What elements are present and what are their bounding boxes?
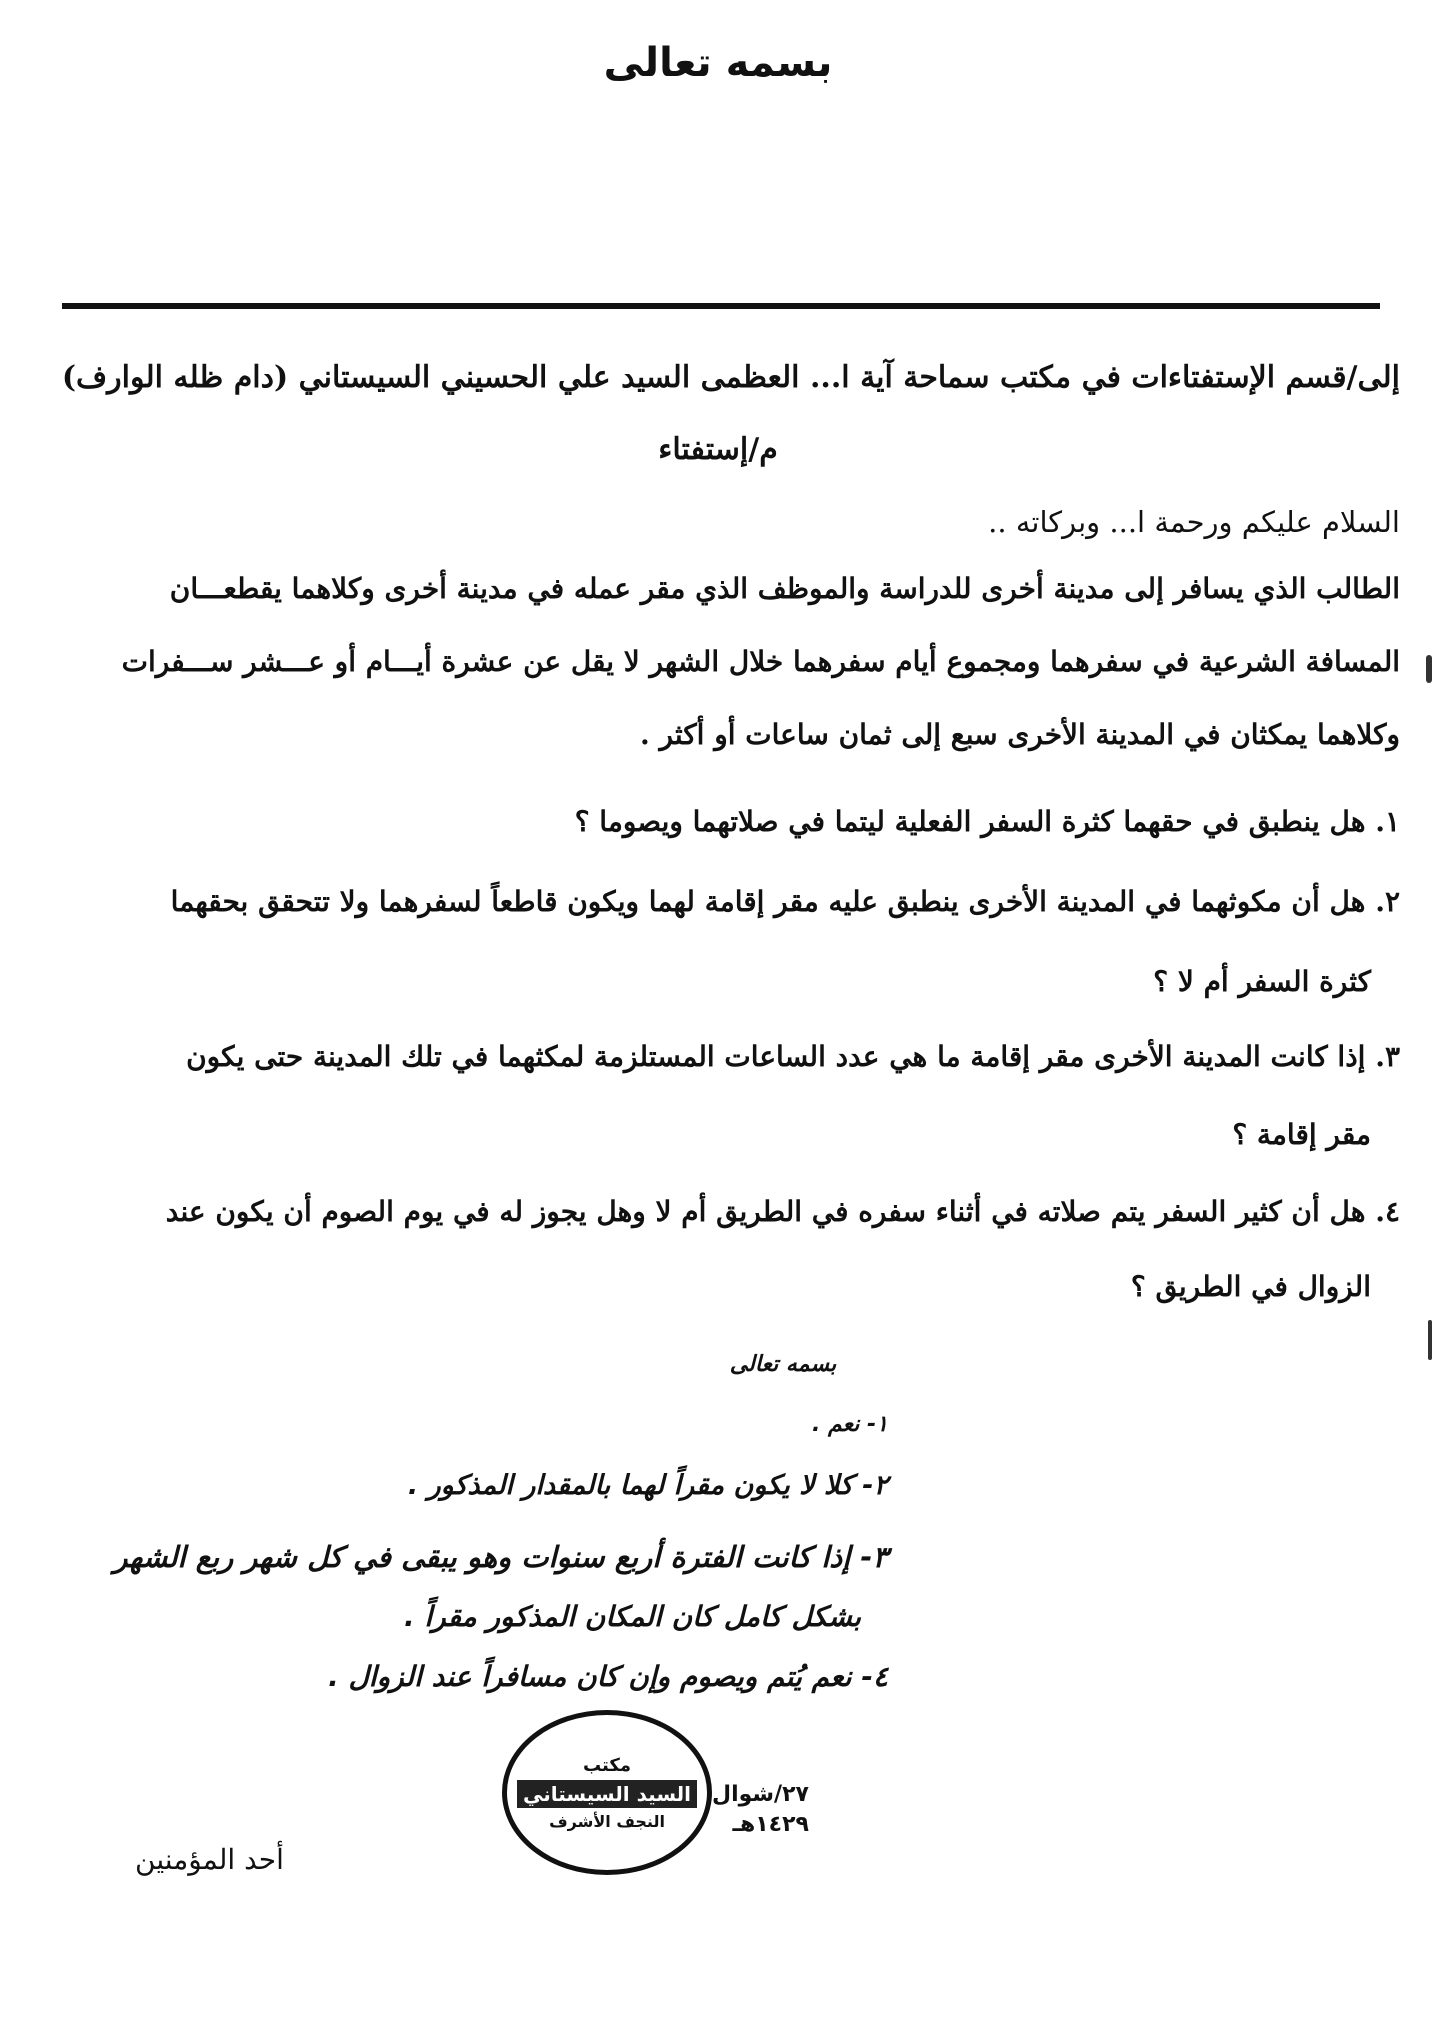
body-line-1: الطالب الذي يسافر إلى مدينة أخرى للدراسة… <box>170 572 1400 605</box>
answer-2: ٢- كلا لا يكون مقراً لهما بالمقدار المذك… <box>408 1470 888 1501</box>
answer-date: ٢٧/شوال ١٤٢٩هـ <box>712 1780 809 1840</box>
greeting-line: السلام عليكم ورحمة ا... وبركاته .. <box>988 505 1400 539</box>
answer-3: ٣- إذا كانت الفترة أربع سنوات وهو يبقى ف… <box>113 1540 888 1574</box>
body-line-2: المسافة الشرعية في سفرهما ومجموع أيام سف… <box>122 645 1400 678</box>
question-2: ٢. هل أن مكوثهما في المدينة الأخرى ينطبق… <box>171 885 1400 918</box>
office-seal-stamp: مكتب السيد السيستاني النجف الأشرف <box>502 1710 712 1875</box>
answer-3-cont: بشكل كامل كان المكان المذكور مقراً . <box>404 1600 861 1633</box>
document-page: بسمه تعالى إلى/قسم الإستفتاءات في مكتب س… <box>0 0 1436 2035</box>
question-4-cont: الزوال في الطريق ؟ <box>1131 1270 1371 1303</box>
question-3: ٣. إذا كانت المدينة الأخرى مقر إقامة ما … <box>186 1040 1400 1073</box>
header-divider <box>62 303 1380 309</box>
stamp-top-text: مكتب <box>583 1755 631 1776</box>
date-day-month: ٢٧/شوال <box>712 1780 809 1810</box>
recipient-line: إلى/قسم الإستفتاءات في مكتب سماحة آية ا.… <box>62 360 1400 395</box>
answer-4: ٤- نعم يُتم ويصوم وإن كان مسافراً عند ال… <box>328 1660 888 1693</box>
scan-edge-mark <box>1428 1320 1432 1360</box>
signature: أحد المؤمنين <box>135 1843 284 1876</box>
stamp-middle-text: السيد السيستاني <box>517 1780 697 1808</box>
question-4: ٤. هل أن كثير السفر يتم صلاته في أثناء س… <box>166 1195 1400 1228</box>
answer-heading: بسمه تعالى <box>0 1352 1436 1377</box>
subject-line: م/إستفتاء <box>0 432 1436 467</box>
question-1: ١. هل ينطبق في حقهما كثرة السفر الفعلية … <box>575 805 1400 838</box>
scan-edge-mark <box>1426 655 1432 683</box>
stamp-bottom-text: النجف الأشرف <box>549 1812 665 1831</box>
page-title: بسمه تعالى <box>0 40 1436 86</box>
date-year: ١٤٢٩هـ <box>712 1810 809 1840</box>
answer-1: ١- نعم . <box>812 1412 888 1437</box>
question-3-cont: مقر إقامة ؟ <box>1232 1118 1371 1151</box>
question-2-cont: كثرة السفر أم لا ؟ <box>1153 965 1371 998</box>
body-line-3: وكلاهما يمكثان في المدينة الأخرى سبع إلى… <box>640 718 1400 751</box>
